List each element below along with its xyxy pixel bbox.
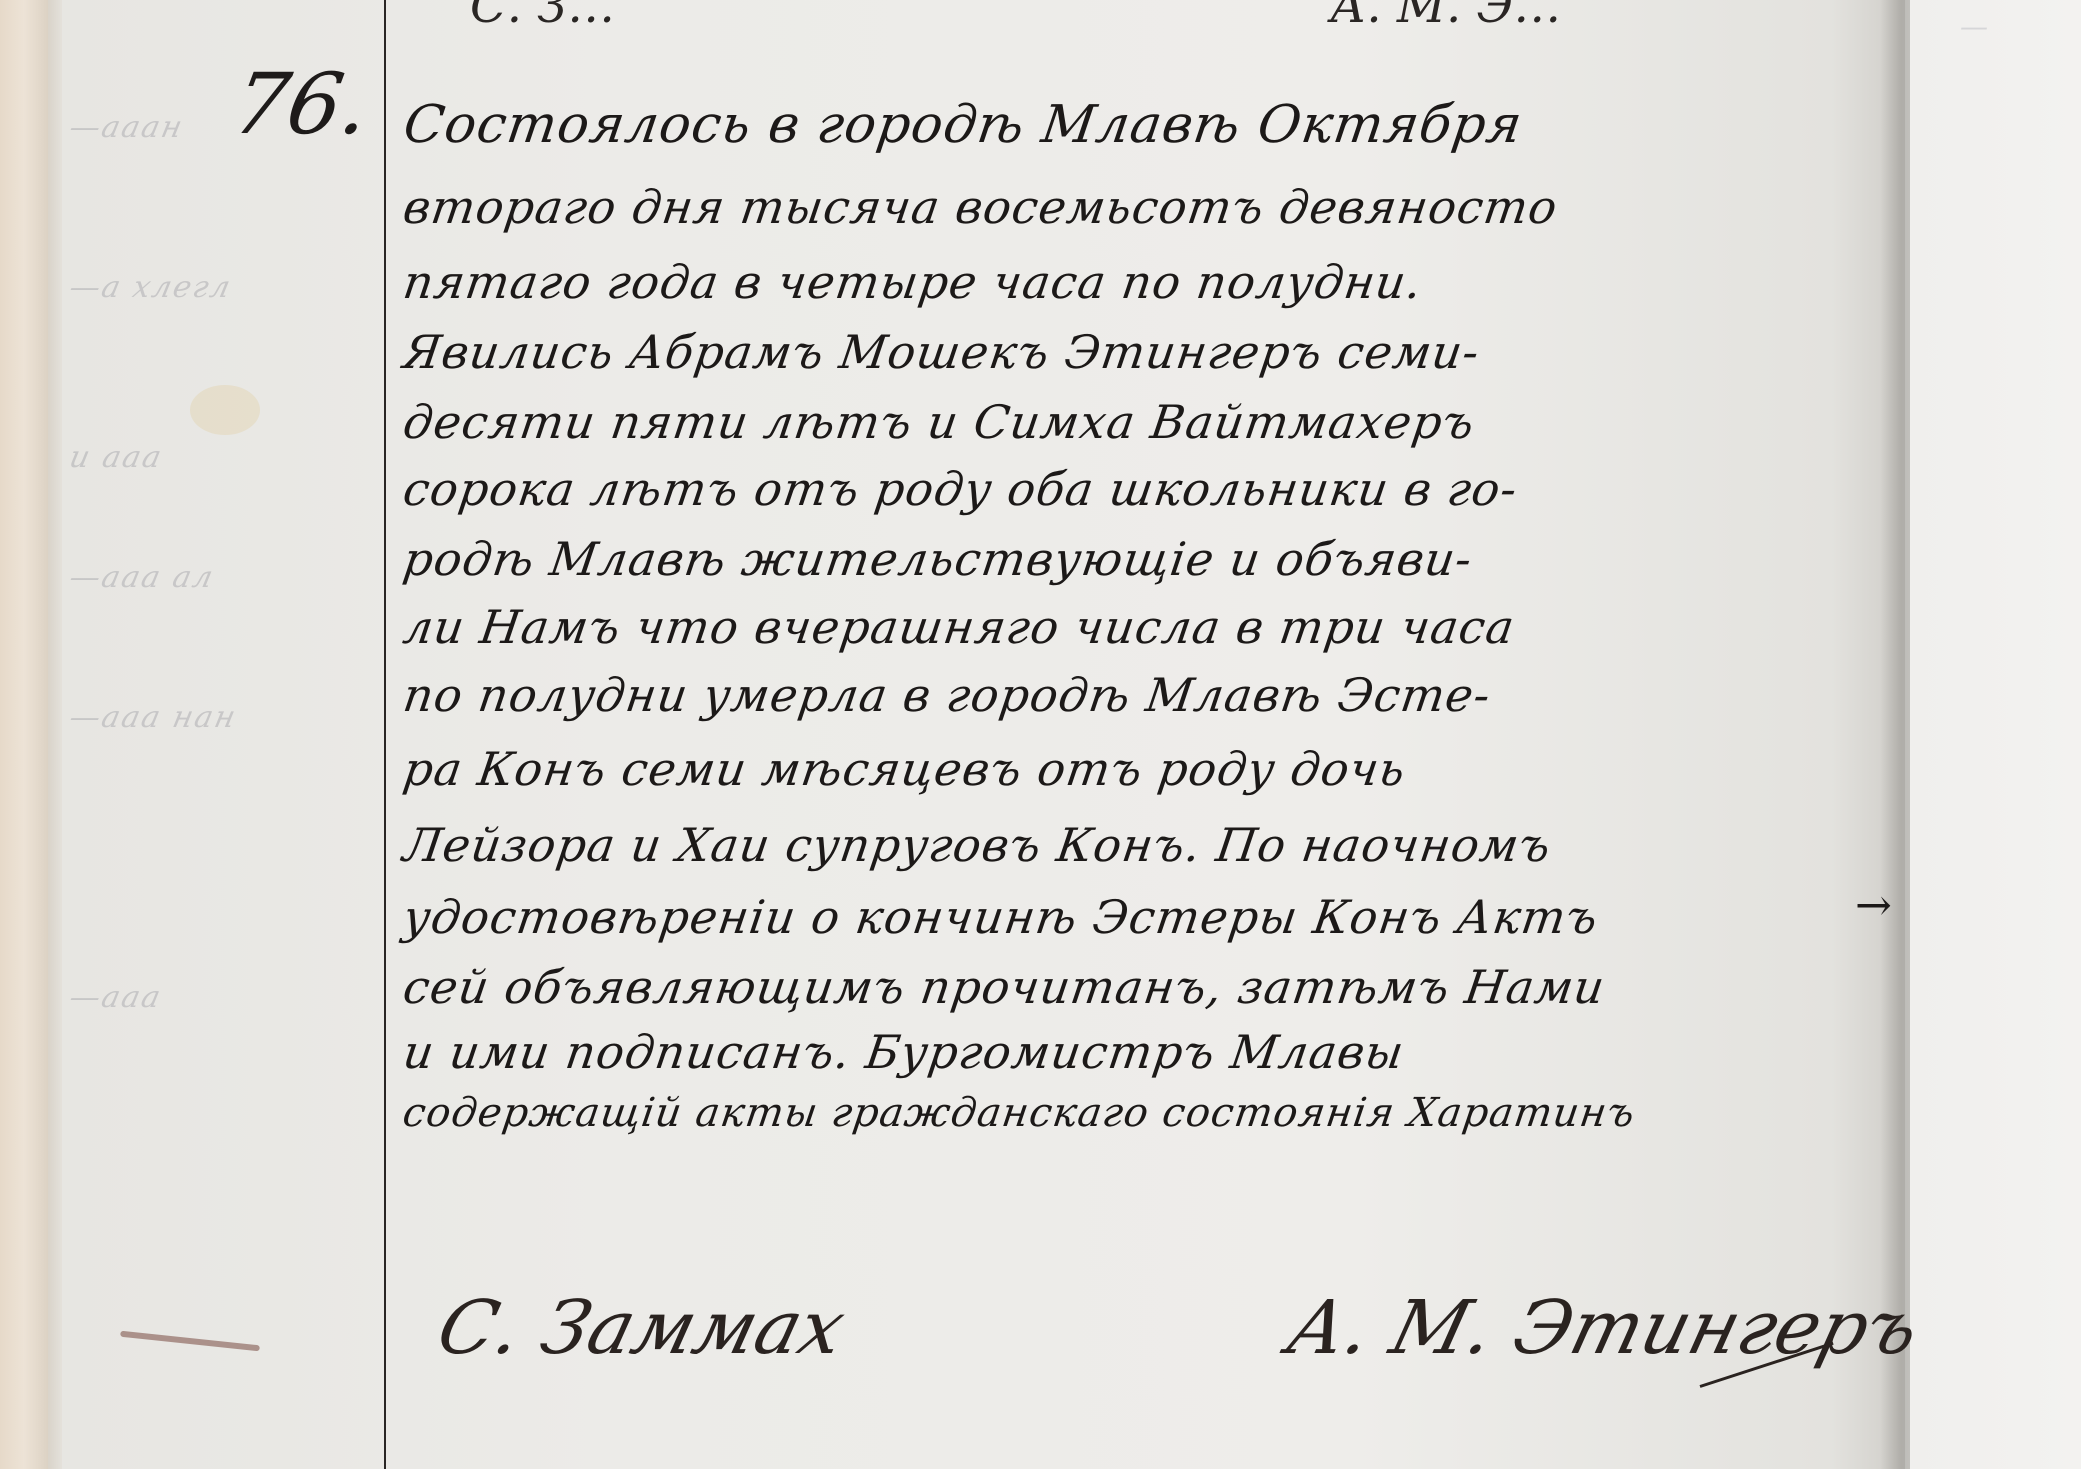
bleed-through-text: —ааа нан [66,700,373,735]
record-line-14: и ими подписанъ. Бургомистръ Млавы [400,1025,1878,1079]
bleed-through-text: —а хлегл [66,270,373,305]
record-line-5: десяти пяти лѣтъ и Симха Вайтмахеръ [400,395,1878,449]
record-line-11: Лейзора и Хаи супруговъ Конъ. По наочном… [400,818,1878,872]
record-line-3: пятаго года в четыре часа по полудни. [400,255,1878,309]
paper-stain [190,385,260,435]
bleed-through-text: и ааа [66,440,373,475]
adjacent-page [1910,0,2081,1469]
margin-rule-line [384,0,386,1469]
signature-declarant: А. М. Этингеръ [1279,1285,1927,1371]
entry-number: 76. [226,55,377,153]
record-line-10: ра Конъ семи мѣсяцевъ отъ роду дочь [400,742,1878,796]
previous-entry-signature-right: А. М. Э… [1330,0,1561,34]
record-line-12: удостовѣреніи о кончинѣ Эстеры Конъ Актъ [400,890,1878,944]
previous-entry-signature-left: С. З… [470,0,615,34]
book-binding-fold [48,0,62,1469]
page-gutter-shadow [1880,0,1910,1469]
record-line-4: Явились Абрамъ Мошекъ Этингеръ семи- [400,325,1878,379]
signature-witness: С. Заммах [429,1285,853,1371]
record-line-7: родѣ Млавѣ жительствующіе и объяви- [400,532,1878,586]
bleed-through-text: — [1960,10,2080,43]
record-line-1: Состоялось в городѣ Млавѣ Октября [400,95,1878,155]
record-line-15: содержащій акты гражданскаго состоянія Х… [400,1090,1876,1136]
record-line-6: сорока лѣтъ отъ роду оба школьники в го- [400,462,1878,516]
book-binding-edge [0,0,50,1469]
record-line-13: сей объявляющимъ прочитанъ, затѣмъ Нами [400,960,1878,1014]
record-line-8: ли Намъ что вчерашняго числа в три часа [400,600,1878,654]
bleed-through-text: —ааа [66,980,373,1015]
continuation-arrow-icon: → [1855,880,1892,931]
record-line-2: втораго дня тысяча восемьсотъ девяносто [400,180,1878,234]
bleed-through-text: —ааа ал [66,560,373,595]
record-line-9: по полудни умерла в городѣ Млавѣ Эсте- [400,668,1878,722]
